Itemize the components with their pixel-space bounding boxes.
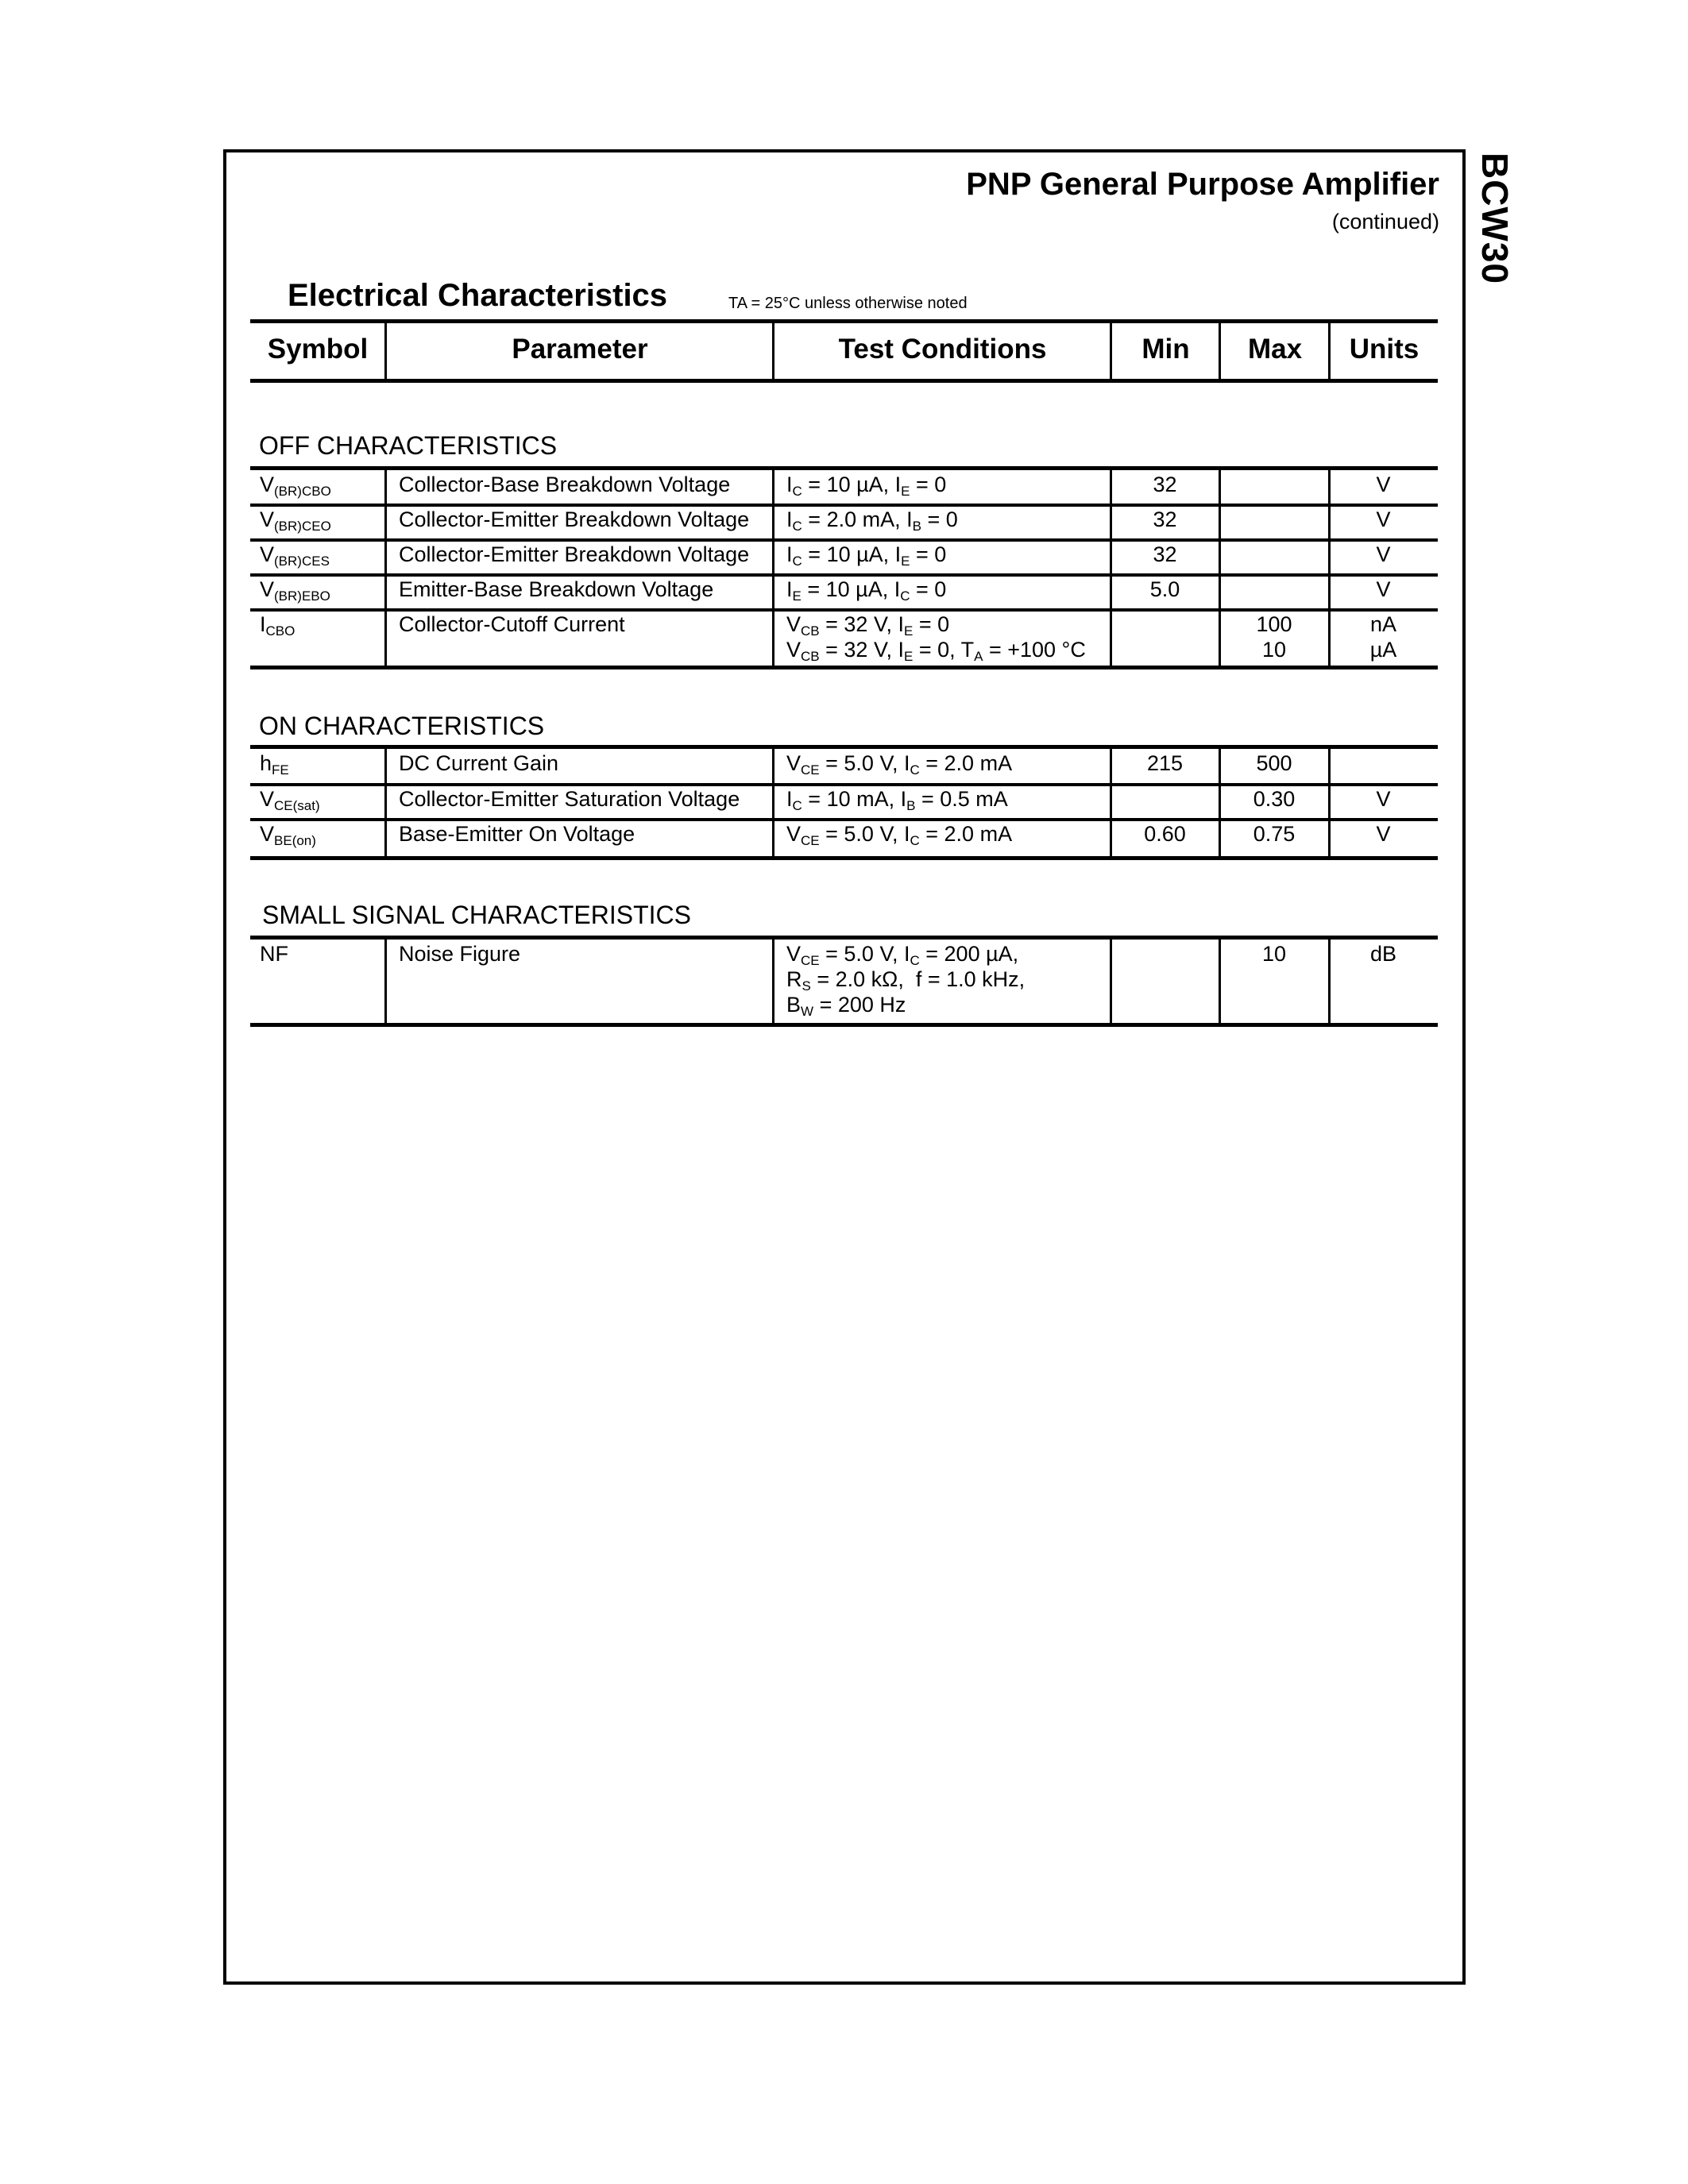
units-cell: nAµA (1329, 612, 1438, 662)
column-header-max: Max (1221, 334, 1329, 365)
column-header-symbol: Symbol (250, 334, 385, 365)
min-cell: 32 (1111, 542, 1219, 567)
document-subtitle: (continued) (1332, 210, 1439, 234)
max-cell: 10010 (1219, 612, 1329, 662)
section-bottom-rule (250, 1023, 1438, 1027)
units-cell: dB (1329, 941, 1438, 967)
header-bottom-rule (250, 379, 1438, 383)
section-title: SMALL SIGNAL CHARACTERISTICS (262, 901, 691, 930)
test-conditions-cell: VCB = 32 V, IE = 0VCB = 32 V, IE = 0, TA… (786, 612, 1086, 662)
parameter-cell: Noise Figure (399, 941, 520, 967)
units-cell: V (1329, 577, 1438, 602)
column-divider (772, 749, 774, 785)
symbol-cell: VCE(sat) (260, 786, 320, 812)
section-title: ON CHARACTERISTICS (259, 712, 544, 741)
parameter-cell: Collector-Emitter Breakdown Voltage (399, 507, 749, 532)
symbol-cell: NF (260, 941, 288, 967)
units-cell: V (1329, 542, 1438, 567)
symbol-cell: V(BR)CEO (260, 507, 331, 532)
part-number: BCW30 (1474, 152, 1516, 284)
column-divider (772, 820, 774, 856)
test-conditions-cell: IC = 10 µA, IE = 0 (786, 472, 946, 497)
column-header-parameter: Parameter (387, 334, 773, 365)
test-conditions-cell: VCE = 5.0 V, IC = 2.0 mA (786, 751, 1012, 776)
units-cell: V (1329, 507, 1438, 532)
parameter-cell: DC Current Gain (399, 751, 558, 776)
document-title: PNP General Purpose Amplifier (966, 167, 1439, 203)
test-conditions-cell: VCE = 5.0 V, IC = 200 µA,RS = 2.0 kΩ, f … (786, 941, 1025, 1017)
parameter-cell: Collector-Emitter Saturation Voltage (399, 786, 740, 812)
column-divider (1110, 785, 1112, 820)
max-cell: 10 (1219, 941, 1329, 967)
symbol-cell: V(BR)CES (260, 542, 330, 567)
column-divider (772, 540, 774, 575)
column-divider (384, 820, 387, 856)
part-number-side-label: BCW30 (1479, 151, 1511, 286)
symbol-cell: hFE (260, 751, 289, 776)
parameter-cell: Collector-Base Breakdown Voltage (399, 472, 730, 497)
column-divider (772, 610, 774, 666)
min-cell: 5.0 (1111, 577, 1219, 602)
parameter-cell: Collector-Emitter Breakdown Voltage (399, 542, 749, 567)
units-cell: V (1329, 786, 1438, 812)
symbol-cell: ICBO (260, 612, 295, 637)
column-divider (384, 610, 387, 666)
test-condition-note: TA = 25°C unless otherwise noted (728, 295, 968, 313)
parameter-cell: Collector-Cutoff Current (399, 612, 625, 637)
symbol-cell: VBE(on) (260, 821, 316, 847)
section-bottom-rule (250, 666, 1438, 669)
column-divider (384, 505, 387, 540)
test-conditions-cell: IC = 10 mA, IB = 0.5 mA (786, 786, 1008, 812)
column-divider (384, 575, 387, 610)
column-divider (384, 940, 387, 1023)
test-conditions-cell: VCE = 5.0 V, IC = 2.0 mA (786, 821, 1012, 847)
test-conditions-cell: IC = 2.0 mA, IB = 0 (786, 507, 958, 532)
column-divider (384, 540, 387, 575)
units-cell: V (1329, 821, 1438, 847)
parameter-cell: Emitter-Base Breakdown Voltage (399, 577, 713, 602)
column-divider (384, 749, 387, 785)
max-cell: 0.75 (1219, 821, 1329, 847)
column-divider (772, 940, 774, 1023)
section-bottom-rule (250, 856, 1438, 860)
parameter-cell: Base-Emitter On Voltage (399, 821, 635, 847)
test-conditions-cell: IE = 10 µA, IC = 0 (786, 577, 946, 602)
column-header-test-conditions: Test Conditions (774, 334, 1111, 365)
column-header-min: Min (1112, 334, 1219, 365)
column-divider (772, 575, 774, 610)
section-heading: Electrical Characteristics (288, 278, 667, 314)
min-cell: 0.60 (1111, 821, 1219, 847)
column-divider (1110, 940, 1112, 1023)
min-cell: 32 (1111, 472, 1219, 497)
symbol-cell: V(BR)CBO (260, 472, 331, 497)
column-divider (772, 785, 774, 820)
column-divider (772, 505, 774, 540)
max-cell: 0.30 (1219, 786, 1329, 812)
units-cell: V (1329, 472, 1438, 497)
symbol-cell: V(BR)EBO (260, 577, 330, 602)
column-header-units: Units (1331, 334, 1438, 365)
column-divider (384, 470, 387, 505)
test-conditions-cell: IC = 10 µA, IE = 0 (786, 542, 946, 567)
page-frame (223, 149, 1466, 1985)
max-cell: 500 (1219, 751, 1329, 776)
column-divider (772, 470, 774, 505)
header-top-rule (250, 319, 1438, 323)
min-cell: 215 (1111, 751, 1219, 776)
column-divider (1110, 610, 1112, 666)
section-title: OFF CHARACTERISTICS (259, 431, 557, 461)
column-divider (384, 785, 387, 820)
min-cell: 32 (1111, 507, 1219, 532)
